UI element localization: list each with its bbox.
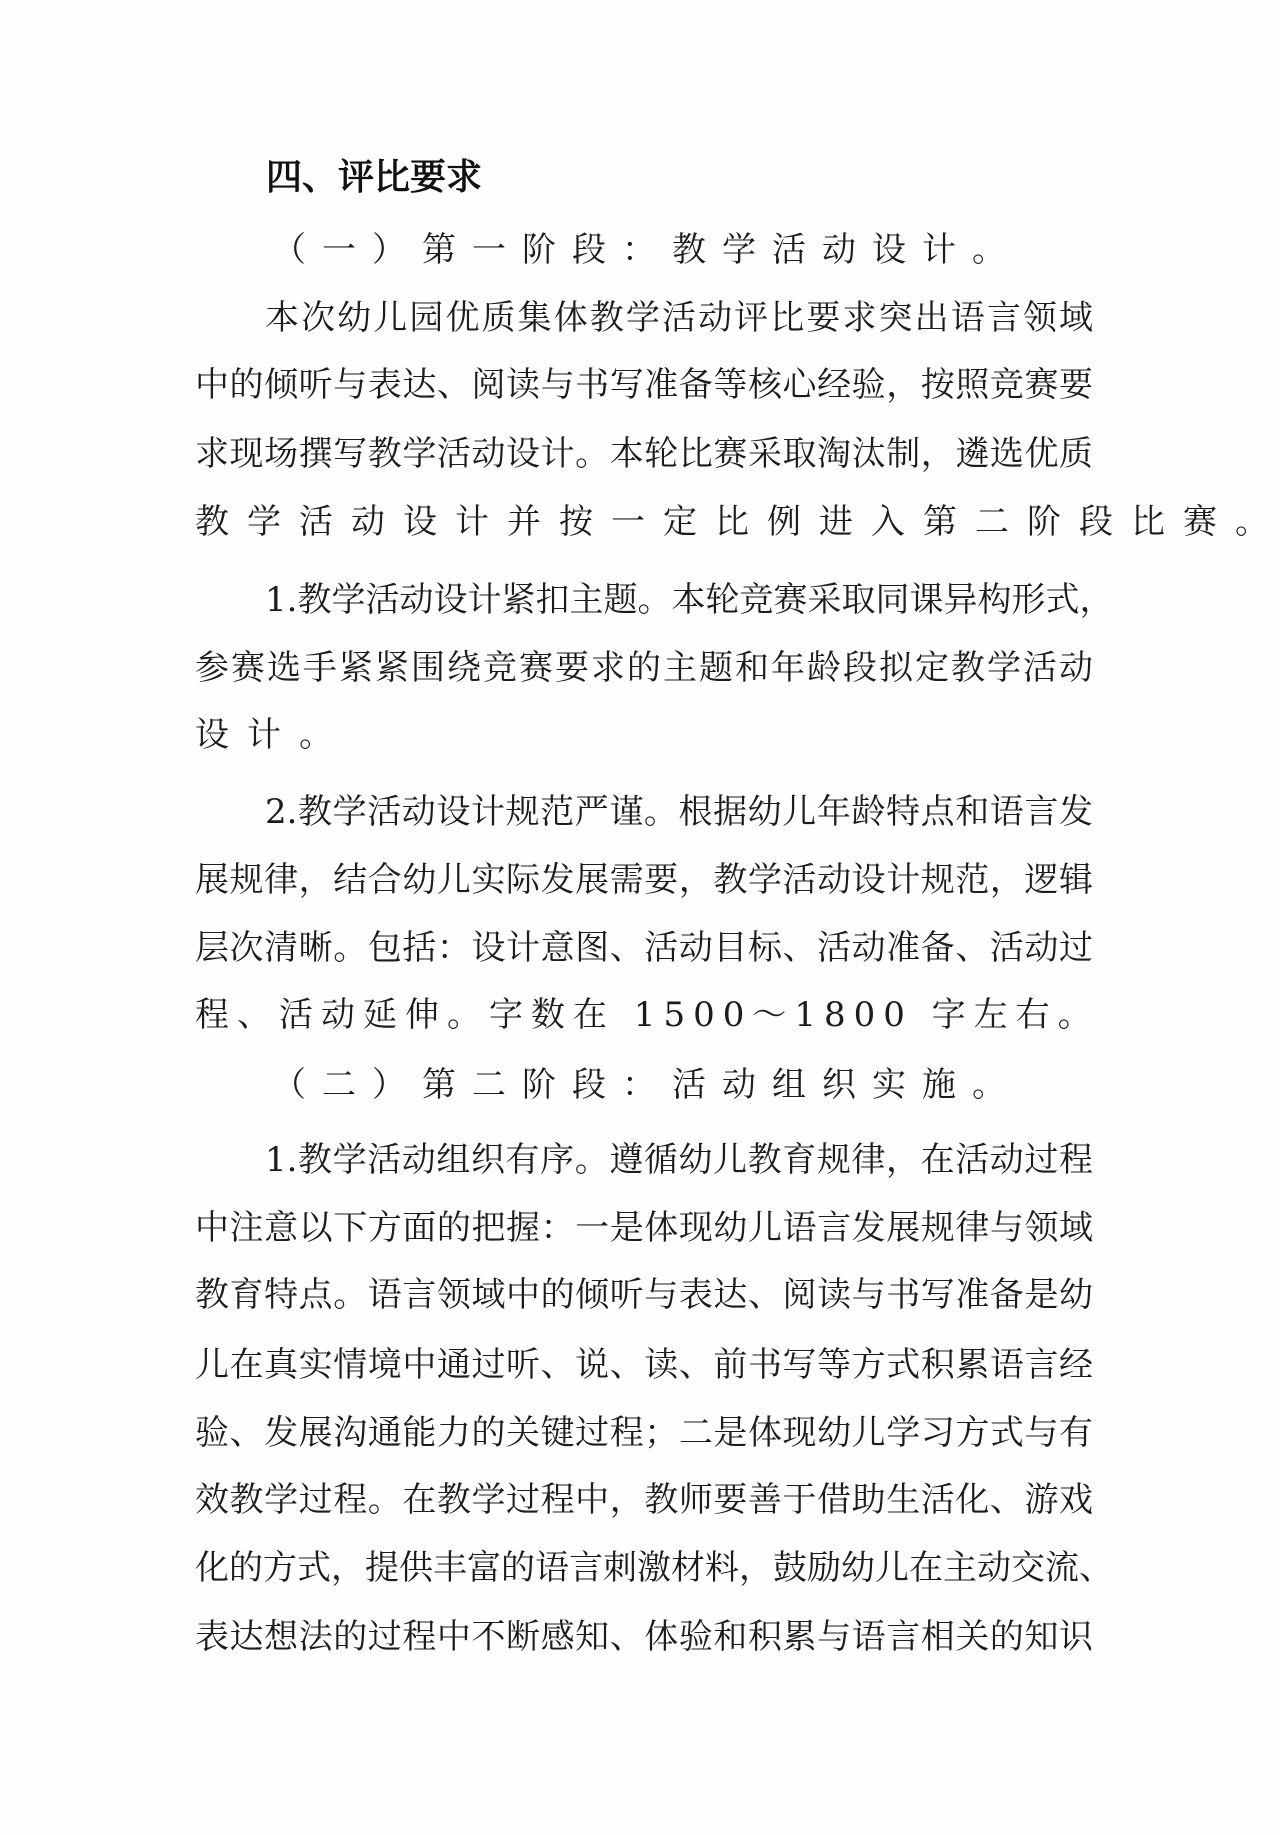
paragraph-line: 中的倾听与表达、阅读与书写准备等核心经验，按照竞赛要 <box>195 360 1093 410</box>
paragraph-line: 程、活动延伸。字数在 1500～1800 字左右。 <box>195 990 1100 1040</box>
paragraph-line: 本次幼儿园优质集体教学活动评比要求突出语言领域 <box>265 293 1093 343</box>
paragraph-line: 设计。 <box>195 710 351 760</box>
paragraph-line: 化的方式，提供丰富的语言刺激材料，鼓励幼儿在主动交流、 <box>195 1543 1093 1593</box>
section-heading: 四、评比要求 <box>266 152 482 204</box>
paragraph-line: 中注意以下方面的把握：一是体现幼儿语言发展规律与领域 <box>195 1203 1093 1253</box>
paragraph-line: 展规律，结合幼儿实际发展需要，教学活动设计规范，逻辑 <box>195 855 1093 905</box>
subsection-title-2: （二）第二阶段：活动组织实施。 <box>272 1060 1022 1110</box>
paragraph-line: 教学活动设计并按一定比例进入第二阶段比赛。 <box>195 497 1280 547</box>
paragraph-line: 效教学过程。在教学过程中，教师要善于借助生活化、游戏 <box>195 1475 1093 1525</box>
paragraph-line: 儿在真实情境中通过听、说、读、前书写等方式积累语言经 <box>195 1340 1093 1390</box>
paragraph-line: 表达想法的过程中不断感知、体验和积累与语言相关的知识 <box>195 1612 1093 1662</box>
paragraph-line: 参赛选手紧紧围绕竞赛要求的主题和年龄段拟定教学活动 <box>195 643 1093 693</box>
subsection-title-1: （一）第一阶段：教学活动设计。 <box>272 225 1022 275</box>
paragraph-line: 1.教学活动设计紧扣主题。本轮竞赛采取同课异构形式， <box>265 575 1093 625</box>
paragraph-line: 验、发展沟通能力的关键过程；二是体现幼儿学习方式与有 <box>195 1408 1093 1458</box>
paragraph-line: 1.教学活动组织有序。遵循幼儿教育规律，在活动过程 <box>265 1135 1093 1185</box>
paragraph-line: 求现场撰写教学活动设计。本轮比赛采取淘汰制，遴选优质 <box>195 429 1093 479</box>
paragraph-line: 教育特点。语言领域中的倾听与表达、阅读与书写准备是幼 <box>195 1270 1093 1320</box>
paragraph-line: 2.教学活动设计规范严谨。根据幼儿年龄特点和语言发 <box>265 787 1093 837</box>
paragraph-line: 层次清晰。包括：设计意图、活动目标、活动准备、活动过 <box>195 923 1093 973</box>
document-page: 四、评比要求 （一）第一阶段：教学活动设计。 本次幼儿园优质集体教学活动评比要求… <box>0 0 1280 1835</box>
